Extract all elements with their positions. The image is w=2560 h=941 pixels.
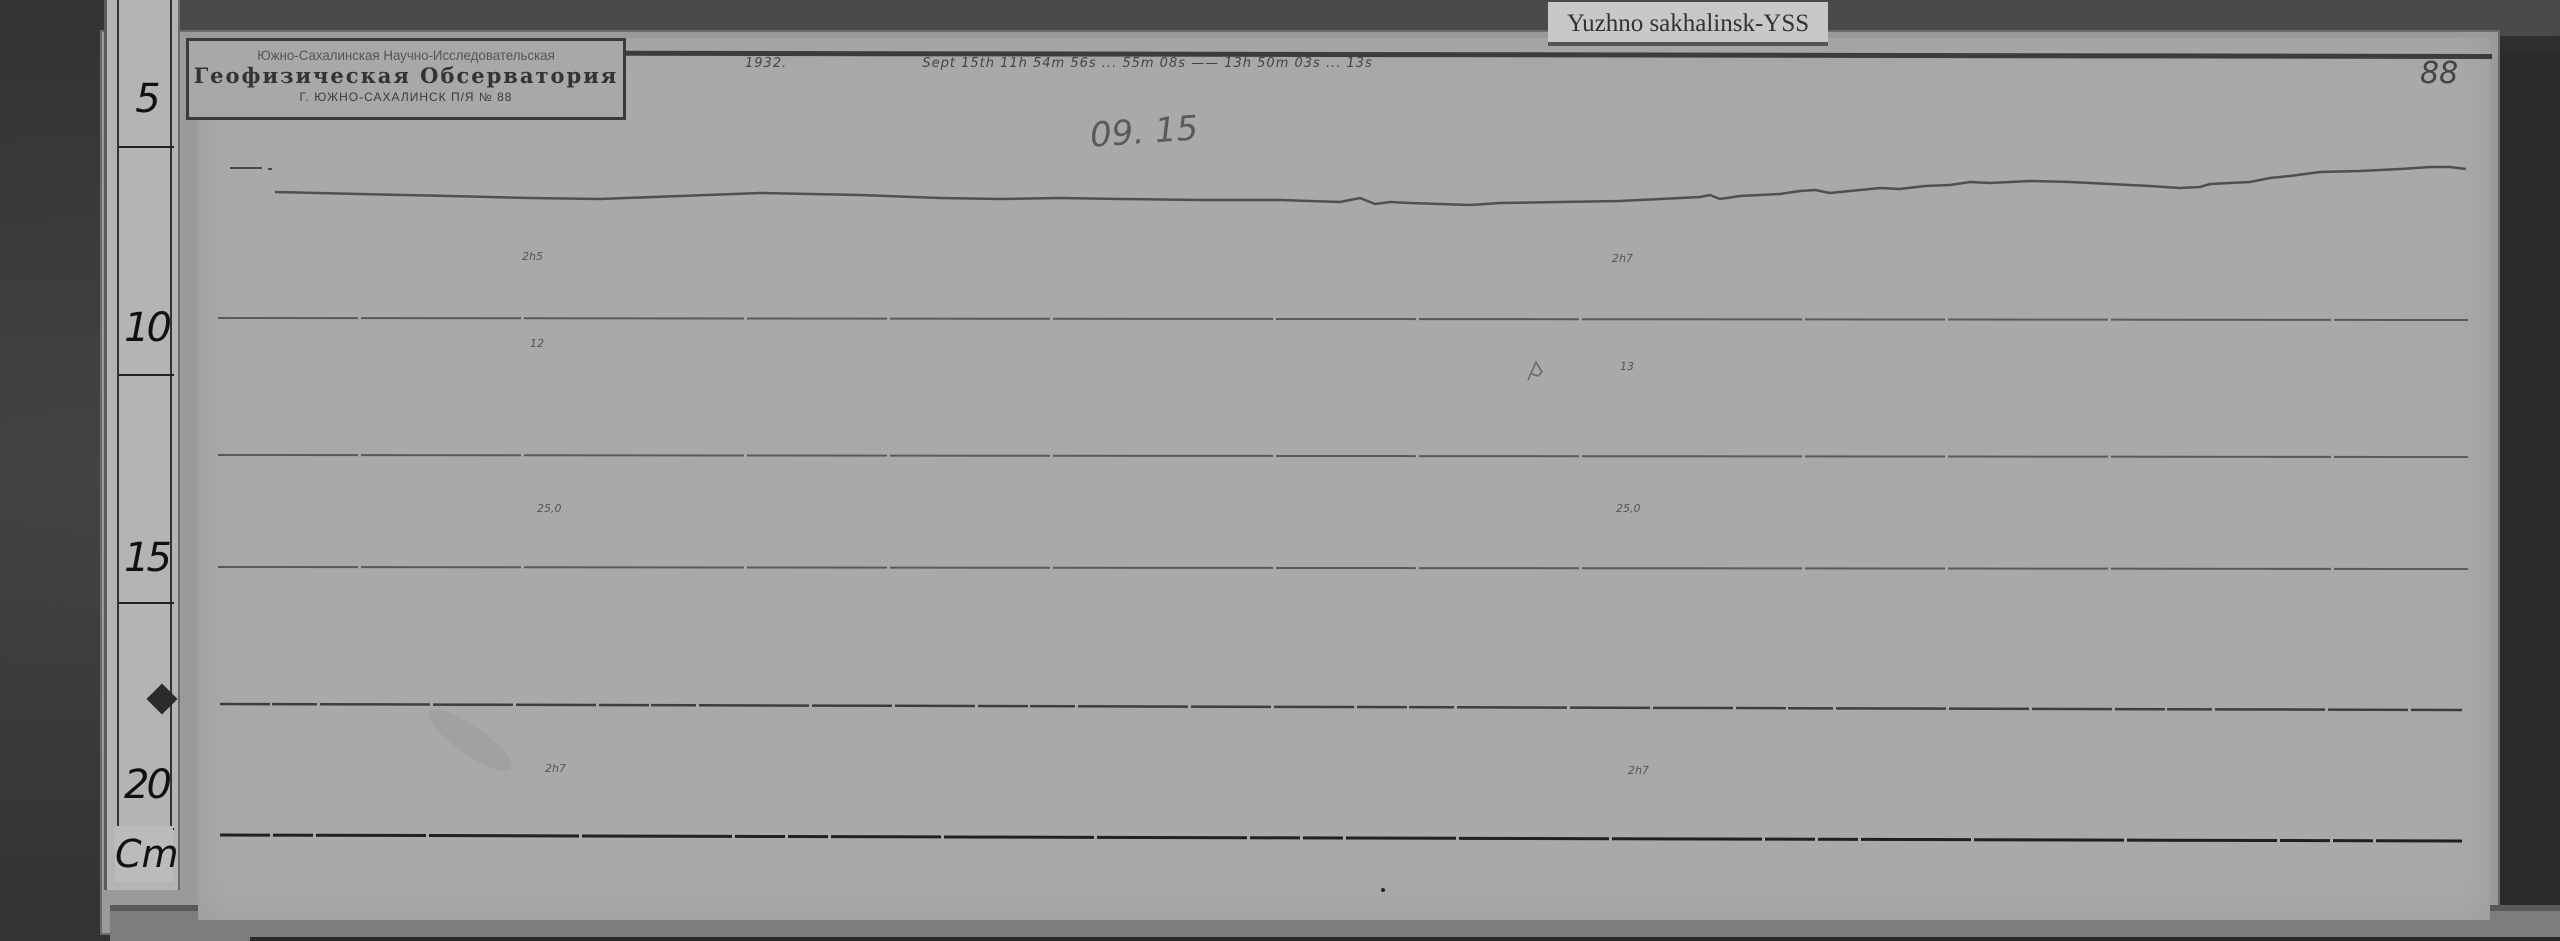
observatory-stamp: Южно-Сахалинская Научно-Исследовательска… (186, 38, 626, 120)
ruler-scale: 5 10 15 20 (117, 0, 172, 860)
ruler-label-10: 10 (119, 305, 174, 351)
ruler-label-5: 5 (119, 76, 174, 122)
stamp-line-address: Г. ЮЖНО-САХАЛИНСК П/Я № 88 (189, 90, 623, 104)
ruler-tick (119, 602, 174, 604)
station-label: Yuzhno sakhalinsk-YSS (1548, 2, 1828, 46)
trace-annotation: 2h7 (1612, 252, 1633, 265)
trace-annotation: 2h5 (522, 250, 543, 263)
trace-annotation: 25,0 (537, 502, 562, 515)
header-time-range: Sept 15th 11h 54m 56s ... 55m 08s —— 13h… (922, 56, 1372, 71)
date-annotation: 09. 15 (1089, 108, 1200, 155)
page-number: 88 (2420, 56, 2458, 91)
header-year: 1932. (745, 56, 787, 71)
trace-annotation: 13 (1620, 360, 1634, 373)
trace-annotation: 2h7 (545, 762, 566, 775)
trace-annotation: 25,0 (1616, 502, 1641, 515)
stamp-line-institute: Южно-Сахалинская Научно-Исследовательска… (200, 47, 612, 63)
trace-annotation: 12 (530, 337, 544, 350)
ruler-unit-label: Cm (115, 826, 173, 882)
ruler-tick (119, 374, 174, 376)
diamond-marker-icon (146, 683, 177, 714)
ruler-label-15: 15 (119, 535, 174, 581)
trace-annotation: 2h7 (1628, 764, 1649, 777)
centimeter-ruler: 5 10 15 20 Cm (104, 0, 180, 890)
ruler-label-20: 20 (119, 762, 174, 808)
stamp-line-observatory: Геофизическая Обсерватория (189, 63, 623, 88)
seismogram-paper (198, 38, 2490, 920)
header-annotation: 1932. Sept 15th 11h 54m 56s ... 55m 08s … (745, 56, 1373, 71)
ruler-tick (119, 146, 174, 148)
